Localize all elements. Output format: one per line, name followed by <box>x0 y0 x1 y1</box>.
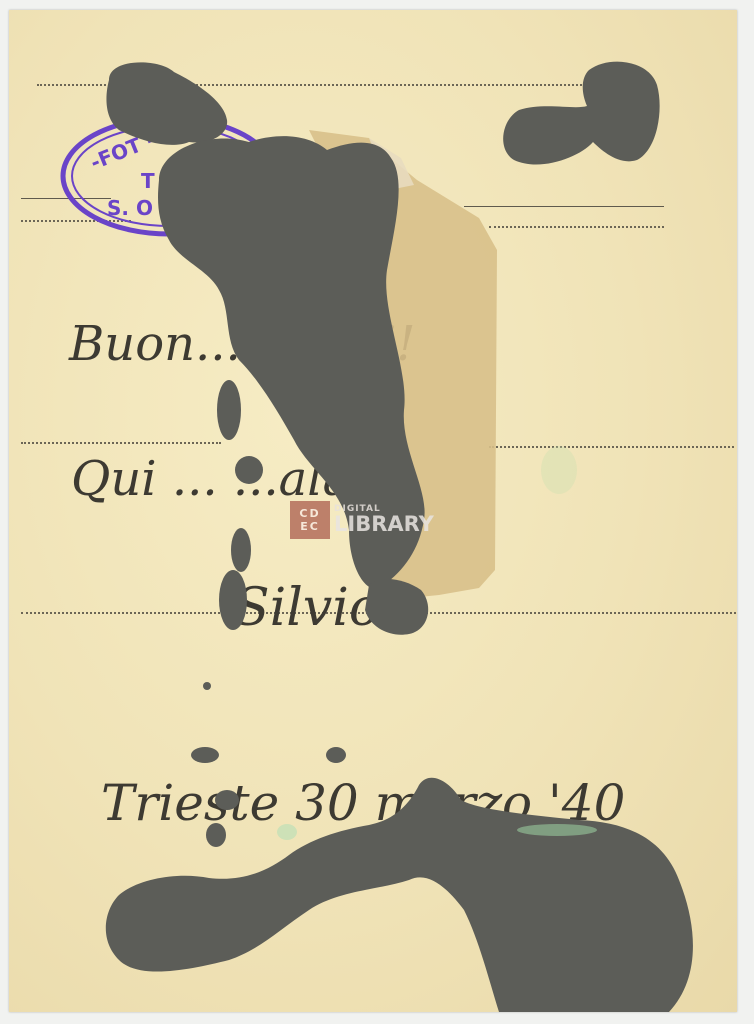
signature: Silvio <box>234 578 380 638</box>
digital-library-watermark: CD EC DIGITAL LIBRARY <box>290 501 434 539</box>
document-card: -FOT - C T S. O Buon... ...onti! Qui ...… <box>9 10 737 1012</box>
cdec-logo: CD EC <box>290 501 330 539</box>
stamp-line-3: S. O <box>107 196 153 220</box>
stamp-line-2: T <box>141 169 155 193</box>
green-stain <box>517 824 597 836</box>
watermark-big-text: LIBRARY <box>334 514 434 535</box>
